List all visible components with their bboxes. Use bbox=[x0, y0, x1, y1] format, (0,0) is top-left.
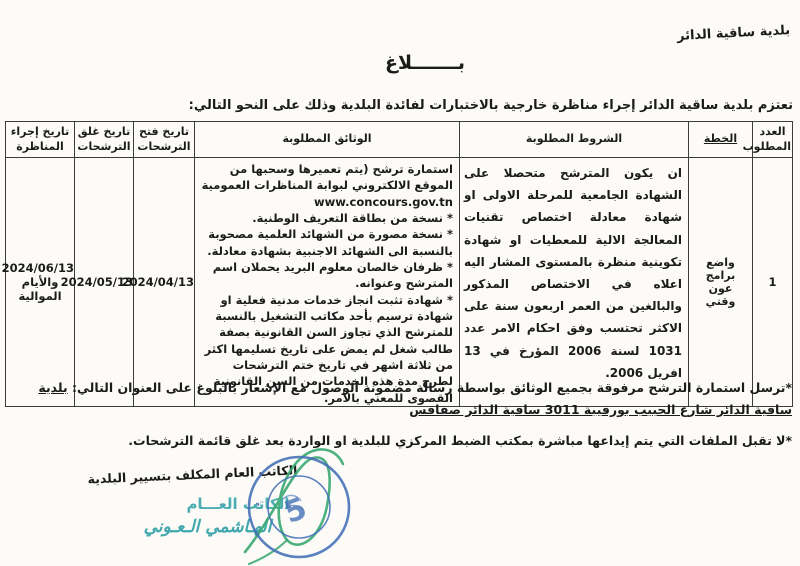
cell-position: واضع برامج عون وقتي bbox=[689, 158, 753, 407]
document-item: * نسخة مصورة من الشهائد العلمية مصحوبة ب… bbox=[199, 226, 453, 259]
cell-open-date: 2024/04/13 bbox=[134, 158, 195, 407]
document-item: * نسخة من بطاقة التعريف الوطنية. bbox=[199, 210, 453, 226]
column-header-count: العدد المطلوب bbox=[753, 122, 793, 158]
svg-text:بلدية ساقية الدائر ✶ الجمهورية: بلدية ساقية الدائر ✶ الجمهورية التونسية … bbox=[245, 453, 262, 507]
intro-text: تعتزم بلدية ساقية الدائر إجراء مناظرة خا… bbox=[10, 98, 793, 113]
column-header-open-date: تاريخ فتح الترشحات bbox=[134, 122, 195, 158]
announcement-table: العدد المطلوب الخطة الشروط المطلوبة الوث… bbox=[5, 121, 793, 407]
column-header-position-label: الخطة bbox=[704, 132, 737, 145]
org-name: بلدية ساقية الدائر bbox=[677, 23, 791, 44]
cell-conditions: ان يكون المترشح متحصلا على الشهادة الجام… bbox=[460, 158, 689, 407]
column-header-documents: الوثائق المطلوبة bbox=[195, 122, 460, 158]
document-item: استمارة ترشح (يتم تعميرها وسحبها من المو… bbox=[199, 161, 453, 210]
column-header-close-date: تاريخ غلق الترشحات bbox=[75, 122, 134, 158]
documents-list: استمارة ترشح (يتم تعميرها وسحبها من المو… bbox=[195, 158, 459, 406]
column-header-conditions: الشروط المطلوبة bbox=[460, 122, 689, 158]
cell-documents: استمارة ترشح (يتم تعميرها وسحبها من المو… bbox=[195, 158, 460, 407]
cell-close-date: 2024/05/13 bbox=[75, 158, 134, 407]
footnotes: *ترسل استمارة الترشح مرفوقة بجميع الوثائ… bbox=[14, 377, 792, 452]
footnote-rejection: *لا تقبل الملفات التي يتم إيداعها مباشرة… bbox=[14, 430, 792, 452]
municipal-seal-icon: بلدية ساقية الدائر ✶ الجمهورية التونسية … bbox=[245, 453, 353, 561]
conditions-text: ان يكون المترشح متحصلا على الشهادة الجام… bbox=[460, 158, 688, 384]
seal-ring-text: بلدية ساقية الدائر ✶ الجمهورية التونسية … bbox=[245, 453, 262, 507]
footnote-mailing-text: *ترسل استمارة الترشح مرفوقة بجميع الوثائ… bbox=[68, 380, 792, 395]
footnote-mailing: *ترسل استمارة الترشح مرفوقة بجميع الوثائ… bbox=[14, 377, 792, 421]
table-header-row: العدد المطلوب الخطة الشروط المطلوبة الوث… bbox=[6, 122, 793, 158]
exam-date-value: 2024/06/13 bbox=[6, 261, 74, 275]
page-title: بـــــــلاغ bbox=[340, 52, 510, 74]
table-row: 1 واضع برامج عون وقتي ان يكون المترشح مت… bbox=[6, 158, 793, 407]
column-header-exam-date: تاريخ إجراء المناظرة bbox=[6, 122, 75, 158]
document-item: * ظرفان خالصان معلوم البريد يحملان اسم ا… bbox=[199, 259, 453, 292]
cell-count: 1 bbox=[753, 158, 793, 407]
scanned-announcement-page: بلدية ساقية الدائر بـــــــلاغ تعتزم بلد… bbox=[0, 0, 800, 566]
